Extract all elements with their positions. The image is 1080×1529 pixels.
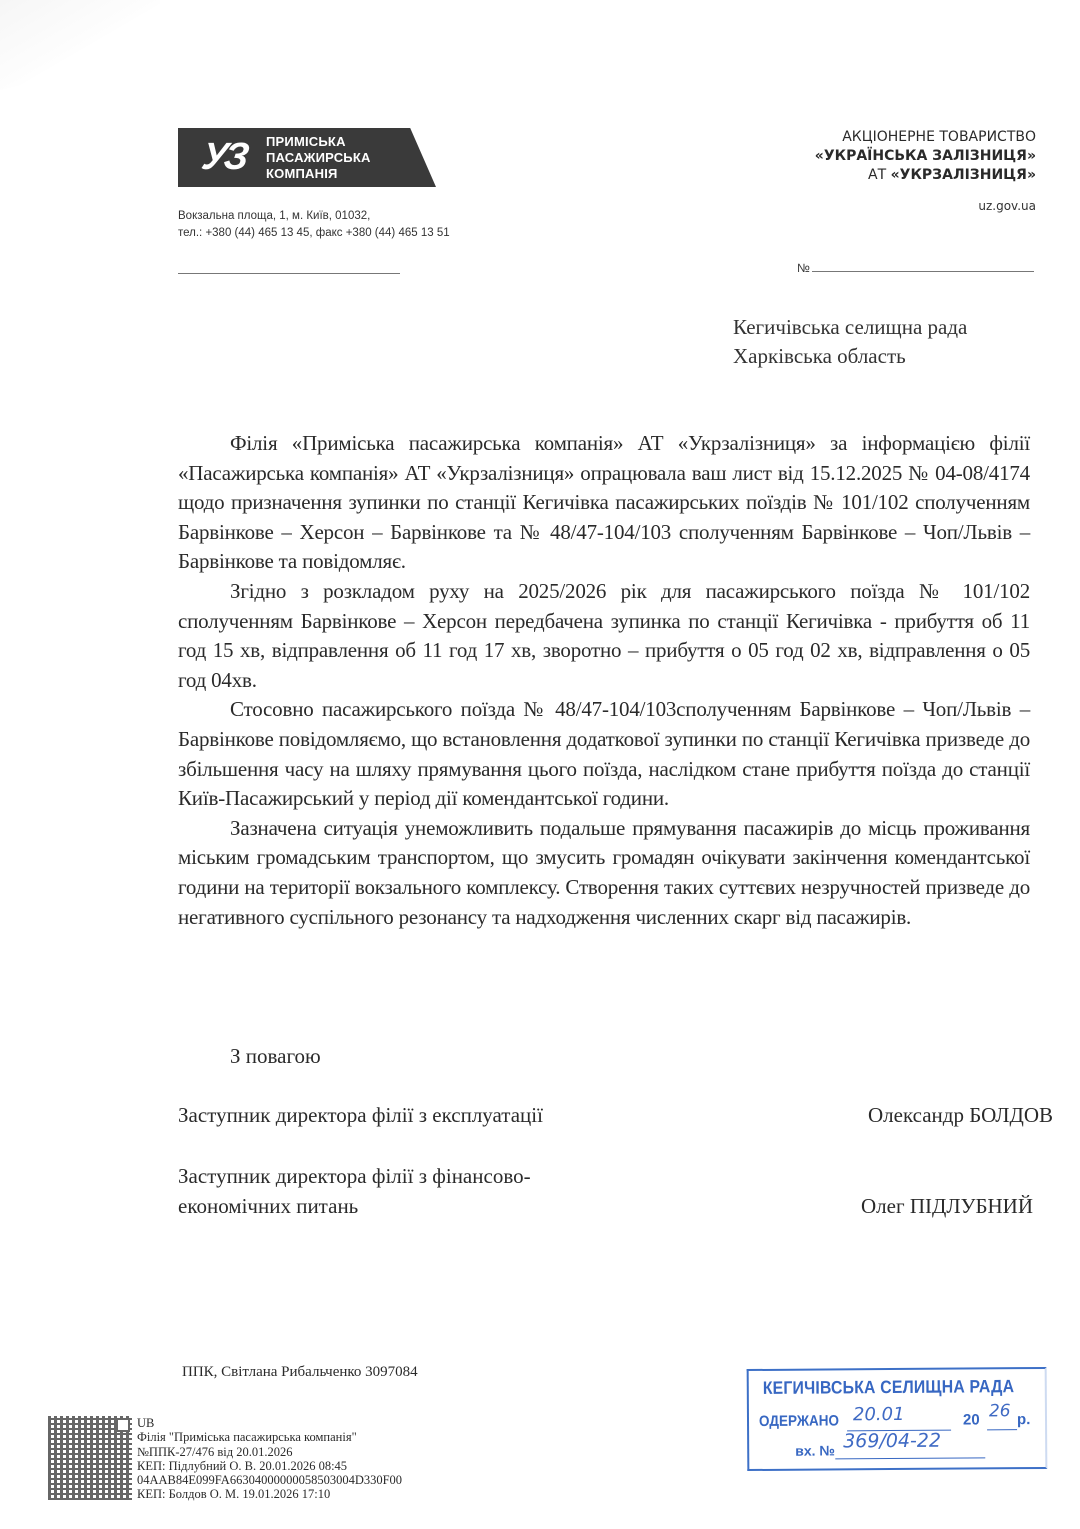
- organization-header: АКЦІОНЕРНЕ ТОВАРИСТВО «УКРАЇНСЬКА ЗАЛІЗН…: [815, 128, 1036, 185]
- sender-address: Вокзальна площа, 1, м. Київ, 01032, тел.…: [178, 208, 450, 242]
- address-line: Вокзальна площа, 1, м. Київ, 01032,: [178, 208, 450, 225]
- folded-corner: [0, 0, 160, 90]
- signatory-name: Олег ПІДЛУБНИЙ: [861, 1192, 1033, 1222]
- body-paragraph: Згідно з розкладом руху на 2025/2026 рік…: [178, 577, 1030, 695]
- esign-line: КЕП: Підлубний О. В. 20.01.2026 08:45: [137, 1459, 402, 1473]
- esign-line: 04AAB84E099FA66304000000058503004D330F00: [137, 1473, 402, 1487]
- body-paragraph: Зазначена ситуація унеможливить подальше…: [178, 814, 1030, 932]
- stamp-year-suffix: р.: [1017, 1411, 1030, 1428]
- stamp-incoming-line: [835, 1457, 985, 1459]
- company-logo: УЗ ПРИМІСЬКА ПАСАЖИРСЬКА КОМПАНІЯ: [178, 128, 436, 187]
- stamp-received-label: ОДЕРЖАНО: [759, 1412, 839, 1430]
- esign-line: КЕП: Болдов О. М. 19.01.2026 17:10: [137, 1487, 402, 1501]
- esign-line: UB: [137, 1416, 402, 1430]
- stamp-title: КЕГИЧІВСЬКА СЕЛИЩНА РАДА: [763, 1376, 1015, 1399]
- org-type: АКЦІОНЕРНЕ ТОВАРИСТВО: [815, 128, 1036, 147]
- org-short-name: АТ «УКРЗАЛІЗНИЦЯ»: [815, 166, 1036, 185]
- website-link: uz.gov.ua: [978, 199, 1036, 213]
- uz-logo-mark: УЗ: [199, 136, 261, 179]
- signatory-title-line: Заступник директора філії з фінансово-: [178, 1162, 531, 1192]
- logo-line: ПРИМІСЬКА: [266, 134, 371, 150]
- recipient-name: Кегичівська селищна рада: [733, 313, 967, 342]
- contact-line: тел.: +380 (44) 465 13 45, факс +380 (44…: [178, 225, 450, 242]
- document-number-field: №: [797, 261, 1034, 275]
- recipient-block: Кегичівська селищна рада Харківська обла…: [733, 313, 967, 371]
- logo-text: ПРИМІСЬКА ПАСАЖИРСЬКА КОМПАНІЯ: [266, 134, 371, 182]
- letter-page: УЗ ПРИМІСЬКА ПАСАЖИРСЬКА КОМПАНІЯ Вокзал…: [0, 0, 1080, 1529]
- signatory-title-line: економічних питань: [178, 1192, 531, 1222]
- letter-body: Філія «Приміська пасажирська компанія» А…: [178, 429, 1030, 932]
- closing-phrase: З повагою: [230, 1044, 321, 1069]
- stamp-incoming-label: вх. №: [795, 1442, 835, 1458]
- electronic-signature-block: UB Філія "Приміська пасажирська компанія…: [137, 1416, 402, 1502]
- logo-line: КОМПАНІЯ: [266, 166, 371, 182]
- esign-line: №ППК-27/476 від 20.01.2026: [137, 1445, 402, 1459]
- org-short-bold: «УКРЗАЛІЗНИЦЯ»: [891, 167, 1036, 183]
- stamp-year-line: [987, 1429, 1017, 1430]
- stamp-year-prefix: 20: [963, 1411, 980, 1428]
- signatory-title: Заступник директора філії з фінансово- е…: [178, 1162, 531, 1221]
- signatory-name: Олександр БОЛДОВ: [868, 1101, 1053, 1131]
- number-blank-line: [812, 271, 1034, 272]
- number-label: №: [797, 261, 810, 275]
- org-short-prefix: АТ: [868, 167, 891, 183]
- received-stamp: КЕГИЧІВСЬКА СЕЛИЩНА РАДА ОДЕРЖАНО 20.01 …: [747, 1367, 1048, 1471]
- recipient-region: Харківська область: [733, 342, 967, 371]
- stamp-incoming-number: 369/04-22: [843, 1430, 941, 1453]
- esign-line: Філія "Приміська пасажирська компанія": [137, 1430, 402, 1444]
- executor-info: ППК, Світлана Рибальченко 3097084: [182, 1364, 418, 1381]
- logo-line: ПАСАЖИРСЬКА: [266, 150, 371, 166]
- outgoing-date-line: [178, 273, 400, 274]
- qr-code-icon: [48, 1416, 132, 1500]
- org-name: «УКРАЇНСЬКА ЗАЛІЗНИЦЯ»: [815, 147, 1036, 166]
- stamp-date-handwritten: 20.01: [853, 1404, 905, 1425]
- body-paragraph: Філія «Приміська пасажирська компанія» А…: [178, 429, 1030, 577]
- stamp-year-handwritten: 26: [989, 1401, 1011, 1421]
- signatory-title: Заступник директора філії з експлуатації: [178, 1101, 543, 1131]
- body-paragraph: Стосовно пасажирського поїзда № 48/47-10…: [178, 695, 1030, 813]
